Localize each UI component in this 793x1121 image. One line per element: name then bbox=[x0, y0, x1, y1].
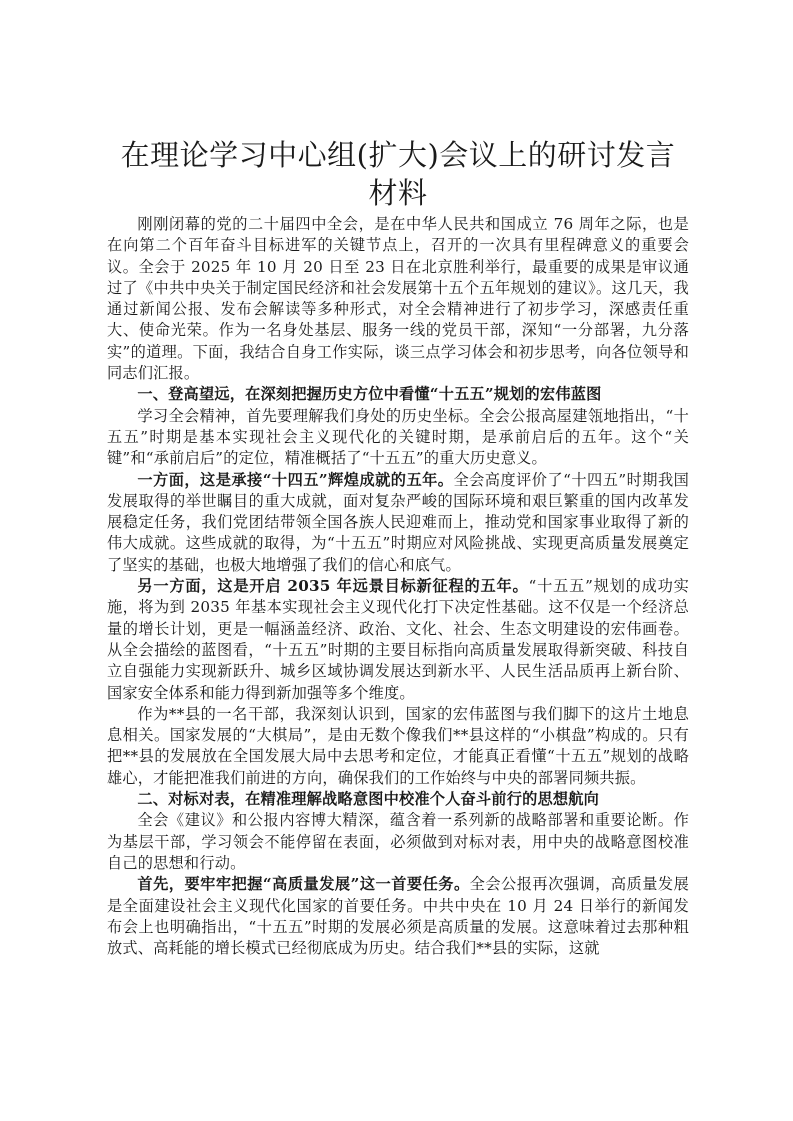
paragraph-text: 学习全会精神，首先要理解我们身处的历史坐标。全会公报高屋建瓴地指出，“十五五”时… bbox=[107, 407, 689, 468]
paragraph-text: “十五五”规划的成功实施，将为到 2035 年基本实现社会主义现代化打下决定性基… bbox=[107, 577, 689, 701]
document-title: 在理论学习中心组(扩大)会议上的研讨发言材料 bbox=[107, 136, 689, 212]
paragraph-text: 作为**县的一名干部，我深刻认识到，国家的宏伟蓝图与我们脚下的这片土地息息相关。… bbox=[107, 705, 689, 787]
paragraph-lead: 首先，要牢牢把握“高质量发展”这一首要任务。 bbox=[137, 875, 469, 893]
paragraph-intro: 刚刚闭幕的党的二十届四中全会，是在中华人民共和国成立 76 周年之际，也是在向第… bbox=[107, 214, 689, 384]
paragraph-text: 刚刚闭幕的党的二十届四中全会，是在中华人民共和国成立 76 周年之际，也是在向第… bbox=[107, 215, 689, 382]
paragraph: 全会《建议》和公报内容博大精深，蕴含着一系列新的战略部署和重要论断。作为基层干部… bbox=[107, 810, 689, 874]
paragraph: 首先，要牢牢把握“高质量发展”这一首要任务。全会公报再次强调，高质量发展是全面建… bbox=[107, 874, 689, 959]
paragraph: 学习全会精神，首先要理解我们身处的历史坐标。全会公报高屋建瓴地指出，“十五五”时… bbox=[107, 406, 689, 470]
document-page: 在理论学习中心组(扩大)会议上的研讨发言材料 刚刚闭幕的党的二十届四中全会，是在… bbox=[107, 136, 689, 959]
paragraph-lead: 另一方面，这是开启 2035 年远景目标新征程的五年。 bbox=[137, 577, 528, 595]
paragraph: 作为**县的一名干部，我深刻认识到，国家的宏伟蓝图与我们脚下的这片土地息息相关。… bbox=[107, 704, 689, 789]
paragraph-text: 全会《建议》和公报内容博大精深，蕴含着一系列新的战略部署和重要论断。作为基层干部… bbox=[107, 811, 689, 872]
paragraph: 另一方面，这是开启 2035 年远景目标新征程的五年。“十五五”规划的成功实施，… bbox=[107, 576, 689, 704]
section-heading-1: 一、登高望远，在深刻把握历史方位中看懂“十五五”规划的宏伟蓝图 bbox=[107, 384, 689, 405]
paragraph: 一方面，这是承接“十四五”辉煌成就的五年。全会高度评价了“十四五”时期我国发展取… bbox=[107, 470, 689, 576]
paragraph-lead: 一方面，这是承接“十四五”辉煌成就的五年。 bbox=[137, 471, 453, 489]
section-heading-2: 二、对标对表，在精准理解战略意图中校准个人奋斗前行的思想航向 bbox=[107, 789, 689, 810]
